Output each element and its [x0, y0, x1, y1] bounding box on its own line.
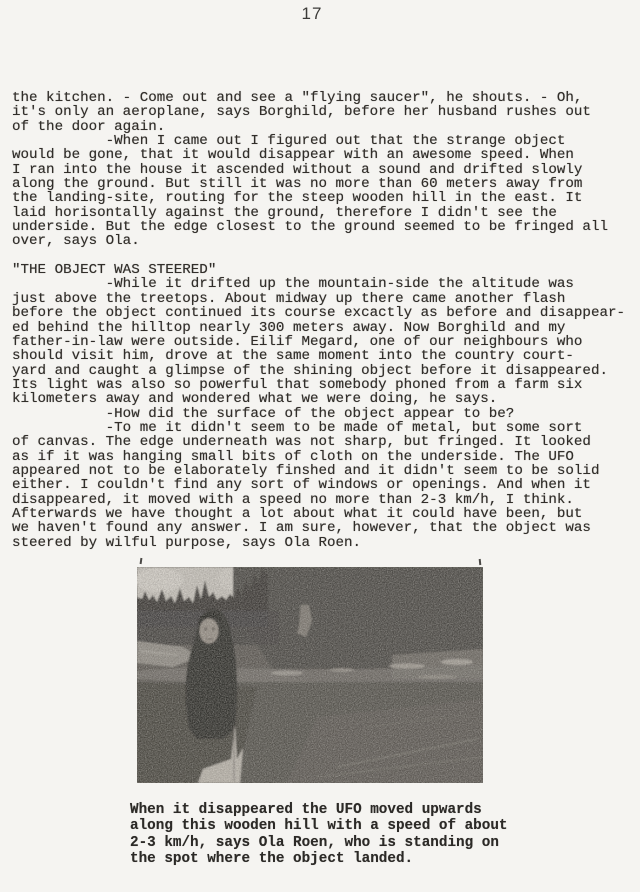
text-line: When it disappeared the UFO moved upward… — [130, 802, 530, 818]
photo-caption: When it disappeared the UFO moved upward… — [130, 802, 530, 868]
photo-ufo-landing-site — [137, 567, 483, 783]
text-line: it's only an aeroplane, says Borghild, b… — [12, 105, 640, 119]
text-line: yard and caught a glimpse of the shining… — [12, 364, 640, 378]
text-line: of canvas. The edge underneath was not s… — [12, 435, 640, 449]
text-line: before the object continued its course e… — [12, 306, 640, 320]
text-line: the landing-site, routing for the steep … — [12, 191, 640, 205]
text-line: would be gone, that it would disappear w… — [12, 148, 640, 162]
photo-registration-mark — [479, 559, 482, 565]
text-line: -How did the surface of the object appea… — [12, 407, 640, 421]
text-line: as if it was hanging small bits of cloth… — [12, 450, 640, 464]
text-line: steered by wilful purpose, says Ola Roen… — [12, 536, 640, 550]
text-line: 2-3 km/h, says Ola Roen, who is standing… — [130, 835, 530, 851]
document-page: 17 the kitchen. - Come out and see a "fl… — [0, 0, 640, 892]
text-line: along this wooden hill with a speed of a… — [130, 818, 530, 834]
body-text: the kitchen. - Come out and see a "flyin… — [12, 91, 640, 550]
text-line: kilometers away and wondered what we wer… — [12, 392, 640, 406]
text-line: disappeared, it moved with a speed no mo… — [12, 493, 640, 507]
text-line: the spot where the object landed. — [130, 851, 530, 867]
photo-registration-mark — [140, 558, 143, 564]
text-line — [12, 249, 640, 263]
page-number: 17 — [0, 4, 624, 24]
text-line: we haven't found any answer. I am sure, … — [12, 521, 640, 535]
text-line: just above the treetops. About midway up… — [12, 292, 640, 306]
text-line: of the door again. — [12, 120, 640, 134]
photo-illustration — [137, 567, 483, 783]
text-line: I ran into the house it ascended without… — [12, 163, 640, 177]
text-line: should visit him, drove at the same mome… — [12, 349, 640, 363]
text-line: over, says Ola. — [12, 234, 640, 248]
text-line: either. I couldn't find any sort of wind… — [12, 478, 640, 492]
text-line: laid horisontally against the ground, th… — [12, 206, 640, 220]
text-line: -While it drifted up the mountain-side t… — [12, 277, 640, 291]
text-line: ed behind the hilltop nearly 300 meters … — [12, 321, 640, 335]
